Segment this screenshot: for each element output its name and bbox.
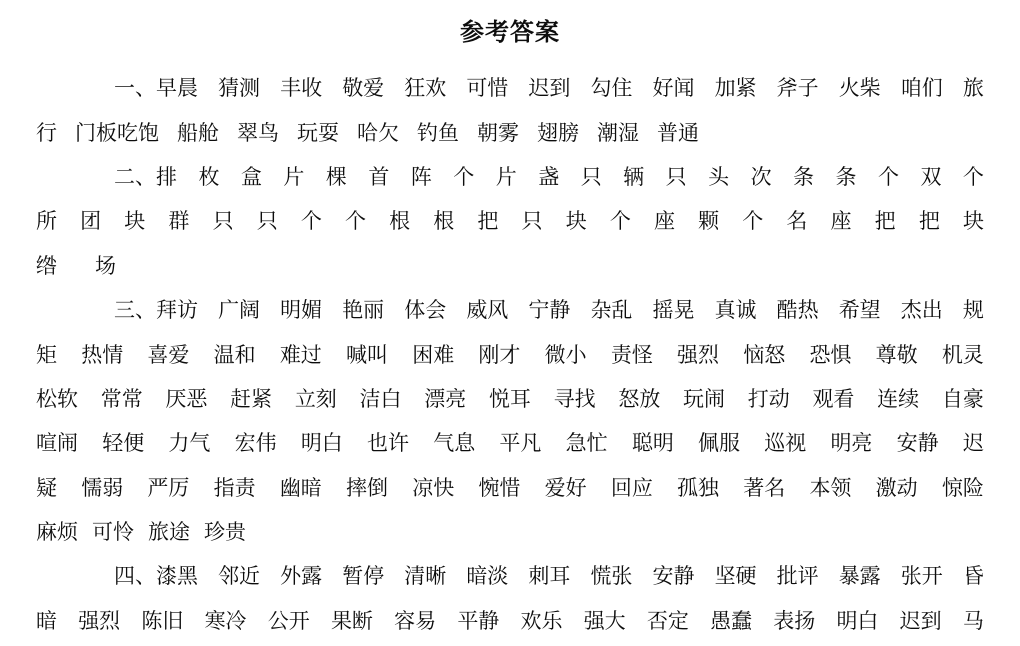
word: 果断 [331,605,373,635]
word: 寻找 [554,383,596,413]
word: 块 [963,205,984,235]
word: 喊叫 [346,339,388,369]
word: 连续 [877,383,919,413]
word: 次 [751,161,772,191]
word: 块 [566,205,587,235]
text-line: 一、早晨猜测丰收敬爱狂欢可惜迟到勾住好闻加紧斧子火柴咱们旅 [36,65,984,109]
word: 船舱 [177,117,219,147]
word: 疑 [36,472,57,502]
word: 可惜 [466,72,508,102]
word: 三、拜访 [114,294,198,324]
word: 表扬 [773,605,815,635]
word: 温和 [214,339,256,369]
word: 行 [36,117,57,147]
word: 聪明 [632,427,674,457]
word: 艳丽 [342,294,384,324]
word: 广阔 [218,294,260,324]
word: 爱好 [545,472,587,502]
word: 暗淡 [466,560,508,590]
word: 只 [581,161,602,191]
word: 好闻 [653,72,695,102]
word: 只 [666,161,687,191]
page-title: 参考答案 [0,16,1020,48]
word: 邻近 [218,560,260,590]
text-line: 四、漆黑邻近外露暂停清晰暗淡刺耳慌张安静坚硬批评暴露张开昏 [36,553,984,597]
text-line: 三、拜访广阔明媚艳丽体会威风宁静杂乱摇晃真诚酷热希望杰出规 [36,287,984,331]
word: 旅途 [148,516,190,546]
word: 暂停 [342,560,384,590]
word: 咱们 [901,72,943,102]
word: 片 [283,161,304,191]
word: 自豪 [942,383,984,413]
word: 座 [831,205,852,235]
word: 懦弱 [81,472,123,502]
word: 个 [345,205,366,235]
word: 宁静 [528,294,570,324]
word: 一、早晨 [114,72,198,102]
word: 恐惧 [809,339,851,369]
word: 个 [742,205,763,235]
word: 明白 [301,427,343,457]
word: 个 [453,161,474,191]
word: 双 [920,161,941,191]
word: 棵 [326,161,347,191]
word: 微小 [545,339,587,369]
word: 只 [257,205,278,235]
word: 强烈 [677,339,719,369]
word: 潮湿 [597,117,639,147]
word: 麻烦 [36,516,78,546]
word: 机灵 [942,339,984,369]
word: 希望 [839,294,881,324]
word: 杰出 [901,294,943,324]
word: 迟 [963,427,984,457]
word: 根 [389,205,410,235]
word: 愚蠢 [710,605,752,635]
word: 凉快 [412,472,454,502]
word: 个 [301,205,322,235]
word: 恼怒 [743,339,785,369]
word: 惊险 [942,472,984,502]
word: 佩服 [698,427,740,457]
word: 火柴 [839,72,881,102]
text-line: 松软常常厌恶赶紧立刻洁白漂亮悦耳寻找怒放玩闹打动观看连续自豪 [36,376,984,420]
word: 批评 [777,560,819,590]
word: 强烈 [78,605,120,635]
word: 悦耳 [489,383,531,413]
word: 公开 [268,605,310,635]
word: 群 [168,205,189,235]
word: 力气 [168,427,210,457]
word: 门板吃饱 [75,117,159,147]
word: 宏伟 [235,427,277,457]
word: 绺 [36,250,57,280]
document-body: 一、早晨猜测丰收敬爱狂欢可惜迟到勾住好闻加紧斧子火柴咱们旅行门板吃饱船舱翠鸟玩耍… [0,65,1020,642]
word: 赶紧 [230,383,272,413]
word: 外露 [280,560,322,590]
word: 玩闹 [683,383,725,413]
word: 头 [708,161,729,191]
word: 翠鸟 [237,117,279,147]
word: 杂乱 [590,294,632,324]
word: 怒放 [618,383,660,413]
word: 片 [496,161,517,191]
word: 难过 [280,339,322,369]
word: 困难 [412,339,454,369]
word: 可怜 [92,516,134,546]
word: 著名 [743,472,785,502]
word: 哈欠 [357,117,399,147]
word: 热情 [81,339,123,369]
word: 普通 [657,117,699,147]
word: 个 [963,161,984,191]
word: 幽暗 [280,472,322,502]
word: 迟到 [900,605,942,635]
word: 丰收 [280,72,322,102]
word: 条 [836,161,857,191]
word: 座 [654,205,675,235]
word: 尊敬 [876,339,918,369]
word: 名 [786,205,807,235]
text-line: 所团块群只只个个根根把只块个座颗个名座把把块 [36,198,984,242]
word: 本领 [809,472,851,502]
word: 敬爱 [342,72,384,102]
word: 把 [919,205,940,235]
word: 刺耳 [528,560,570,590]
word: 盏 [538,161,559,191]
word: 张开 [901,560,943,590]
word: 个 [610,205,631,235]
word: 平凡 [499,427,541,457]
word: 激动 [876,472,918,502]
word: 安静 [653,560,695,590]
word: 颗 [698,205,719,235]
word: 阵 [411,161,432,191]
word: 真诚 [715,294,757,324]
word: 所 [36,205,57,235]
word: 喧闹 [36,427,78,457]
word: 否定 [647,605,689,635]
word: 首 [368,161,389,191]
word: 打动 [748,383,790,413]
word: 容易 [394,605,436,635]
word: 刚才 [478,339,520,369]
word: 把 [477,205,498,235]
word: 珍贵 [204,516,246,546]
text-line: 矩热情喜爱温和难过喊叫困难刚才微小责怪强烈恼怒恐惧尊敬机灵 [36,331,984,375]
text-line: 疑懦弱严厉指责幽暗摔倒凉快惋惜爱好回应孤独著名本领激动惊险 [36,465,984,509]
word: 孤独 [677,472,719,502]
word: 漂亮 [424,383,466,413]
word: 旅 [963,72,984,102]
word: 根 [433,205,454,235]
word: 昏 [963,560,984,590]
word: 欢乐 [521,605,563,635]
answer-key-page: 参考答案 一、早晨猜测丰收敬爱狂欢可惜迟到勾住好闻加紧斧子火柴咱们旅行门板吃饱船… [0,0,1020,646]
word: 暗 [36,605,57,635]
word: 暴露 [839,560,881,590]
word: 坚硬 [715,560,757,590]
word: 惋惜 [478,472,520,502]
word: 严厉 [147,472,189,502]
word: 洁白 [360,383,402,413]
word: 明白 [836,605,878,635]
word: 回应 [611,472,653,502]
word: 平静 [457,605,499,635]
word: 观看 [812,383,854,413]
word: 责怪 [611,339,653,369]
word: 常常 [101,383,143,413]
word: 块 [124,205,145,235]
word: 只 [213,205,234,235]
word: 寒冷 [205,605,247,635]
word: 气息 [433,427,475,457]
word: 明亮 [830,427,872,457]
word: 条 [793,161,814,191]
text-line: 行门板吃饱船舱翠鸟玩耍哈欠钓鱼朝雾翅膀潮湿普通 [36,109,984,153]
word: 钓鱼 [417,117,459,147]
word: 枚 [198,161,219,191]
word: 盒 [241,161,262,191]
word: 团 [80,205,101,235]
word: 也许 [367,427,409,457]
text-line: 绺场 [36,243,984,287]
word: 个 [878,161,899,191]
word: 斧子 [777,72,819,102]
word: 立刻 [295,383,337,413]
word: 酷热 [777,294,819,324]
word: 四、漆黑 [114,560,198,590]
word: 迟到 [528,72,570,102]
word: 强大 [584,605,626,635]
word: 厌恶 [165,383,207,413]
text-line: 喧闹轻便力气宏伟明白也许气息平凡急忙聪明佩服巡视明亮安静迟 [36,420,984,464]
word: 朝雾 [477,117,519,147]
word: 慌张 [590,560,632,590]
word: 狂欢 [404,72,446,102]
word: 二、排 [114,161,177,191]
word: 猜测 [218,72,260,102]
word: 巡视 [764,427,806,457]
word: 辆 [623,161,644,191]
word: 喜爱 [147,339,189,369]
word: 摔倒 [346,472,388,502]
word: 摇晃 [653,294,695,324]
text-line: 麻烦可怜旅途珍贵 [36,509,984,553]
word: 指责 [214,472,256,502]
word: 场 [95,250,116,280]
word: 轻便 [102,427,144,457]
word: 急忙 [566,427,608,457]
word: 明媚 [280,294,322,324]
word: 马 [963,605,984,635]
word: 翅膀 [537,117,579,147]
word: 陈旧 [141,605,183,635]
word: 威风 [466,294,508,324]
word: 安静 [897,427,939,457]
word: 勾住 [590,72,632,102]
word: 加紧 [715,72,757,102]
word: 规 [963,294,984,324]
word: 玩耍 [297,117,339,147]
word: 矩 [36,339,57,369]
word: 松软 [36,383,78,413]
text-line: 二、排枚盒片棵首阵个片盏只辆只头次条条个双个 [36,154,984,198]
text-line: 暗强烈陈旧寒冷公开果断容易平静欢乐强大否定愚蠢表扬明白迟到马 [36,598,984,642]
word: 只 [522,205,543,235]
word: 把 [875,205,896,235]
word: 清晰 [404,560,446,590]
word: 体会 [404,294,446,324]
